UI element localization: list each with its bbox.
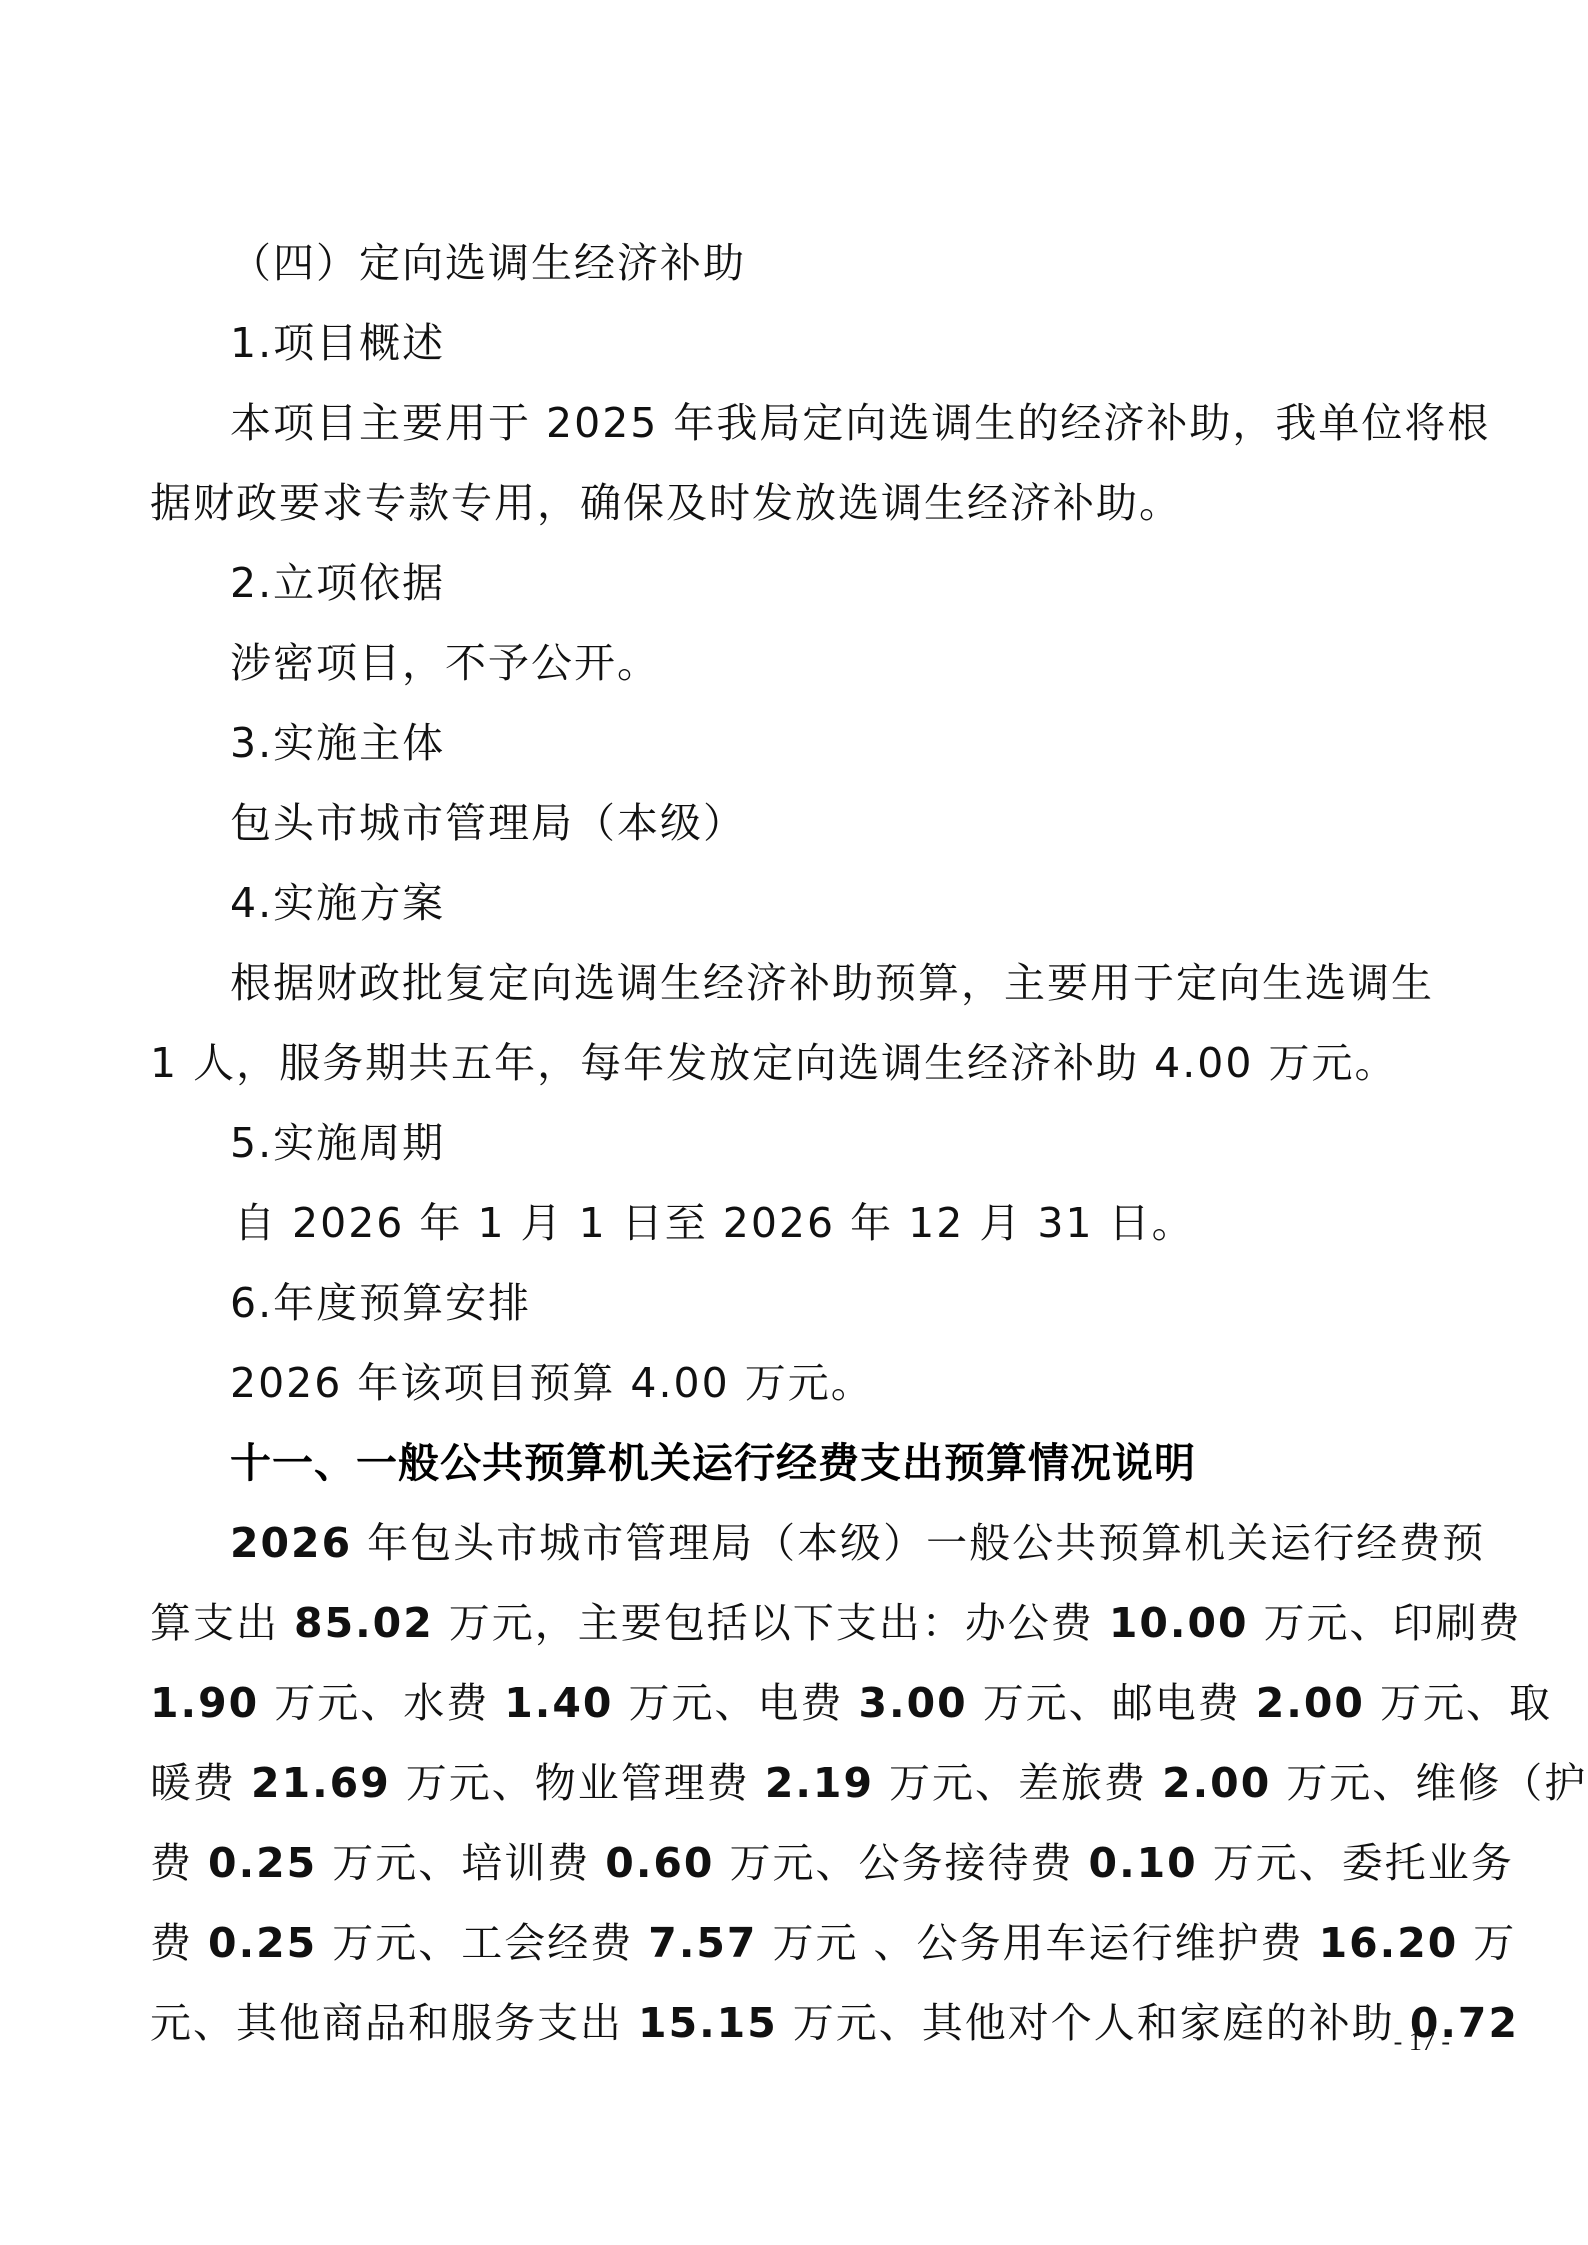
amount-value: 0.25 <box>208 1839 317 1887</box>
text-segment: 万元、电费 <box>613 1679 858 1727</box>
amount-value: 0.25 <box>208 1919 317 1967</box>
paragraph-line: 1 人，服务期共五年，每年发放定向选调生经济补助 4.00 万元。 <box>150 1038 1397 1088</box>
paragraph-line: 元、其他商品和服务支出 15.15 万元、其他对个人和家庭的补助 0.72 <box>150 1998 1519 2048</box>
amount-value: 2.19 <box>765 1759 874 1807</box>
paragraph-line: 根据财政批复定向选调生经济补助预算，主要用于定向生选调生 <box>230 958 1434 1008</box>
page-number: - 17 - <box>1394 2027 1450 2057</box>
paragraph-line: 自 2026 年 1 月 1 日至 2026 年 12 月 31 日。 <box>234 1198 1195 1248</box>
text-segment: 万元、工会经费 <box>317 1919 648 1967</box>
text-segment: 万元、公务接待费 <box>714 1839 1088 1887</box>
text-segment: 算支出 <box>150 1599 294 1647</box>
item-heading: 3.实施主体 <box>230 718 445 768</box>
text-segment: 暖费 <box>150 1759 251 1807</box>
amount-value: 7.57 <box>648 1919 757 1967</box>
text-segment: 元、其他商品和服务支出 <box>150 1999 638 2047</box>
paragraph-line: 包头市城市管理局（本级） <box>230 798 746 848</box>
item-heading: 2.立项依据 <box>230 558 445 608</box>
document-page: （四）定向选调生经济补助 1.项目概述 本项目主要用于 2025 年我局定向选调… <box>0 0 1588 2245</box>
text-segment: 万元、取 <box>1365 1679 1552 1727</box>
text-segment: 费 <box>150 1839 208 1887</box>
amount-value: 2.00 <box>1162 1759 1271 1807</box>
paragraph-line: 2026 年包头市城市管理局（本级）一般公共预算机关运行经费预 <box>230 1518 1485 1568</box>
amount-value: 0.60 <box>605 1839 714 1887</box>
paragraph-line: 暖费 21.69 万元、物业管理费 2.19 万元、差旅费 2.00 万元、维修… <box>150 1758 1588 1808</box>
item-heading: 1.项目概述 <box>230 318 445 368</box>
section-subtitle: （四）定向选调生经济补助 <box>230 238 746 288</box>
amount-value: 85.02 <box>294 1599 434 1647</box>
text-segment: 万 <box>1458 1919 1516 1967</box>
paragraph-line: 据财政要求专款专用，确保及时发放选调生经济补助。 <box>150 478 1182 528</box>
text-segment: 万元，主要包括以下支出：办公费 <box>434 1599 1109 1647</box>
text-segment: 万元、维修（护） <box>1271 1759 1588 1807</box>
text-segment: 万元、委托业务 <box>1198 1839 1514 1887</box>
paragraph-line: 2026 年该项目预算 4.00 万元。 <box>230 1358 874 1408</box>
paragraph-line: 费 0.25 万元、培训费 0.60 万元、公务接待费 0.10 万元、委托业务 <box>150 1838 1514 1888</box>
paragraph-line: 1.90 万元、水费 1.40 万元、电费 3.00 万元、邮电费 2.00 万… <box>150 1678 1552 1728</box>
item-heading: 5.实施周期 <box>230 1118 445 1168</box>
paragraph-line: 涉密项目，不予公开。 <box>230 638 660 688</box>
amount-value: 0.10 <box>1089 1839 1198 1887</box>
paragraph-line: 费 0.25 万元、工会经费 7.57 万元 、公务用车运行维护费 16.20 … <box>150 1918 1516 1968</box>
section-heading: 十一、一般公共预算机关运行经费支出预算情况说明 <box>230 1438 1196 1488</box>
text-segment: 万元、培训费 <box>317 1839 605 1887</box>
paragraph-line: 本项目主要用于 2025 年我局定向选调生的经济补助，我单位将根 <box>230 398 1490 448</box>
amount-value: 3.00 <box>859 1679 968 1727</box>
text-segment: 万元、邮电费 <box>968 1679 1256 1727</box>
amount-value: 1.90 <box>150 1679 259 1727</box>
text-segment: 万元、其他对个人和家庭的补助 <box>778 1999 1410 2047</box>
text-segment: 年包头市城市管理局（本级）一般公共预算机关运行经费预 <box>352 1519 1485 1567</box>
text-segment: 万元、印刷费 <box>1249 1599 1522 1647</box>
amount-value: 10.00 <box>1109 1599 1249 1647</box>
amount-value: 1.40 <box>504 1679 613 1727</box>
item-heading: 4.实施方案 <box>230 878 445 928</box>
amount-value: 15.15 <box>638 1999 778 2047</box>
item-heading: 6.年度预算安排 <box>230 1278 531 1328</box>
amount-value: 21.69 <box>251 1759 391 1807</box>
amount-value: 16.20 <box>1319 1919 1459 1967</box>
amount-value: 2026 <box>230 1519 352 1567</box>
text-segment: 万元 、公务用车运行维护费 <box>757 1919 1318 1967</box>
text-segment: 万元、差旅费 <box>874 1759 1162 1807</box>
text-segment: 万元、物业管理费 <box>391 1759 765 1807</box>
paragraph-line: 算支出 85.02 万元，主要包括以下支出：办公费 10.00 万元、印刷费 <box>150 1598 1522 1648</box>
text-segment: 万元、水费 <box>259 1679 504 1727</box>
text-segment: 费 <box>150 1919 208 1967</box>
amount-value: 2.00 <box>1256 1679 1365 1727</box>
